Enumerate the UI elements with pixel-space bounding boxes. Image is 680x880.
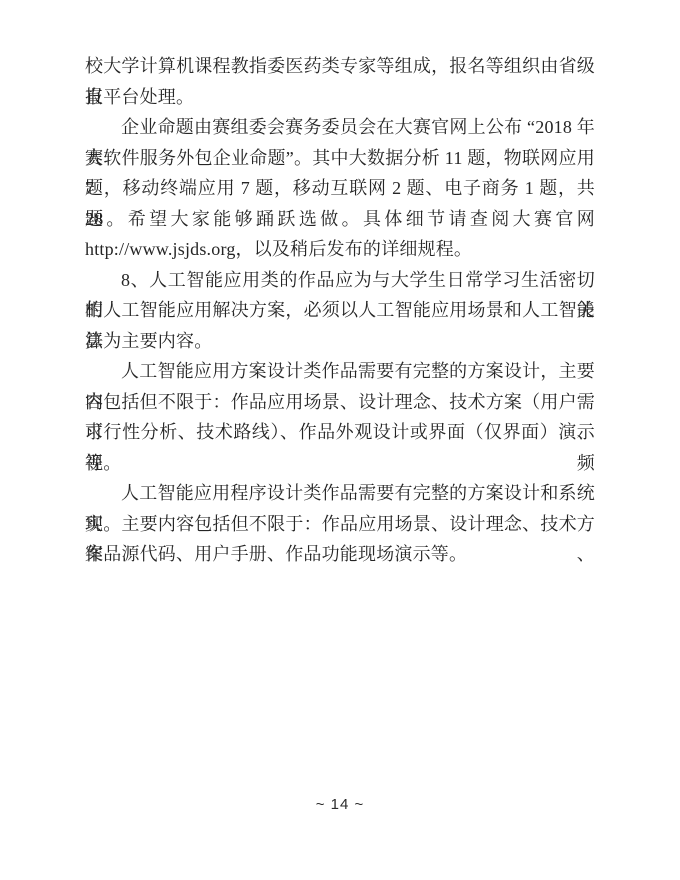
text-line: 题，移动终端应用 7 题，移动互联网 2 题、电子商务 1 题，共 28 [85, 173, 595, 204]
text-line: 法为主要内容。 [85, 326, 595, 357]
text-line: 校大学计算机课程教指委医药类专家等组成，报名等组织由省级直 [85, 51, 595, 82]
text-line: 赛软件服务外包企业命题”。其中大数据分析 11 题，物联网应用 7 [85, 143, 595, 174]
text-line: 企业命题由赛组委会赛务委员会在大赛官网上公布 “2018 年大 [85, 112, 595, 143]
text-line: 现。主要内容包括但不限于：作品应用场景、设计理念、技术方案、 [85, 509, 595, 540]
text-line: 8、人工智能应用类的作品应为与大学生日常学习生活密切相关 [85, 265, 595, 296]
document-page: 校大学计算机课程教指委医药类专家等组成，报名等组织由省级直 报平台处理。 企业命… [0, 0, 680, 880]
text-line: 题。希望大家能够踊跃选做。具体细节请查阅大赛官网 [85, 204, 595, 235]
text-line: 的人工智能应用解决方案，必须以人工智能应用场景和人工智能算 [85, 295, 595, 326]
text-line: 人工智能应用方案设计类作品需要有完整的方案设计，主要内 [85, 356, 595, 387]
text-line: 报平台处理。 [85, 82, 595, 113]
text-line: 容包括但不限于：作品应用场景、设计理念、技术方案（用户需求、 [85, 387, 595, 418]
page-number: ~ 14 ~ [0, 796, 680, 813]
text-line-url: http://www.jsjds.org，以及稍后发布的详细规程。 [85, 234, 595, 265]
text-line: 可行性分析、技术路线）、作品外观设计或界面（仅界面）演示视频 [85, 417, 595, 448]
text-line: 人工智能应用程序设计类作品需要有完整的方案设计和系统实 [85, 478, 595, 509]
document-body-text: 校大学计算机课程教指委医药类专家等组成，报名等组织由省级直 报平台处理。 企业命… [85, 51, 595, 570]
